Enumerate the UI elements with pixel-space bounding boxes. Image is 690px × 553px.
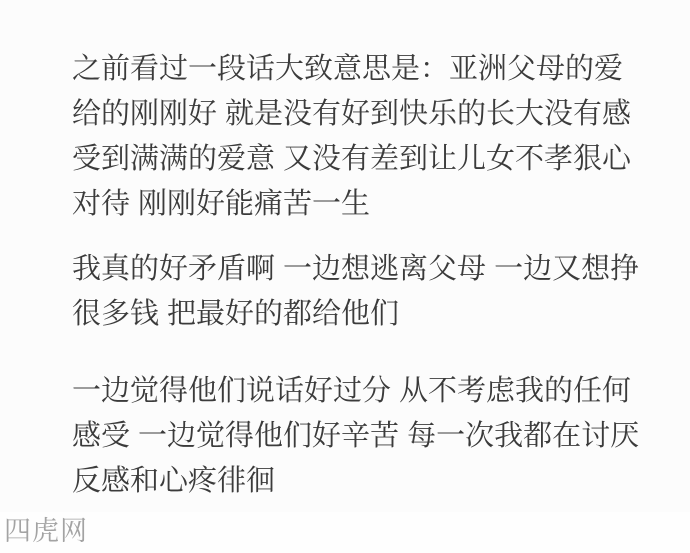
paragraph-1: 之前看过一段话大致意思是：亚洲父母的爱 给的刚刚好 就是没有好到快乐的长大没有感… [72,47,650,227]
paragraph-2: 我真的好矛盾啊 一边想逃离父母 一边又想挣 很多钱 把最好的都给他们 [72,247,650,337]
paragraph-3: 一边觉得他们说话好过分 从不考虑我的任何 感受 一边觉得他们好辛苦 每一次我都在… [72,369,650,504]
paragraph-1-line-1: 之前看过一段话大致意思是：亚洲父母的爱 [72,47,650,92]
paragraph-1-line-4: 对待 刚刚好能痛苦一生 [72,182,650,227]
paragraph-1-line-2: 给的刚刚好 就是没有好到快乐的长大没有感 [72,92,650,137]
post-text-block: 之前看过一段话大致意思是：亚洲父母的爱 给的刚刚好 就是没有好到快乐的长大没有感… [72,47,650,504]
paragraph-3-line-2: 感受 一边觉得他们好辛苦 每一次我都在讨厌 [72,414,650,459]
paragraph-2-line-1: 我真的好矛盾啊 一边想逃离父母 一边又想挣 [72,247,650,292]
bottom-background-strip [0,512,690,553]
paragraph-1-line-3: 受到满满的爱意 又没有差到让儿女不孝狠心 [72,137,650,182]
paragraph-3-line-3: 反感和心疼徘徊 [72,459,650,504]
site-watermark: 四虎网 [4,516,88,546]
paragraph-2-line-2: 很多钱 把最好的都给他们 [72,292,650,337]
paragraph-3-line-1: 一边觉得他们说话好过分 从不考虑我的任何 [72,369,650,414]
